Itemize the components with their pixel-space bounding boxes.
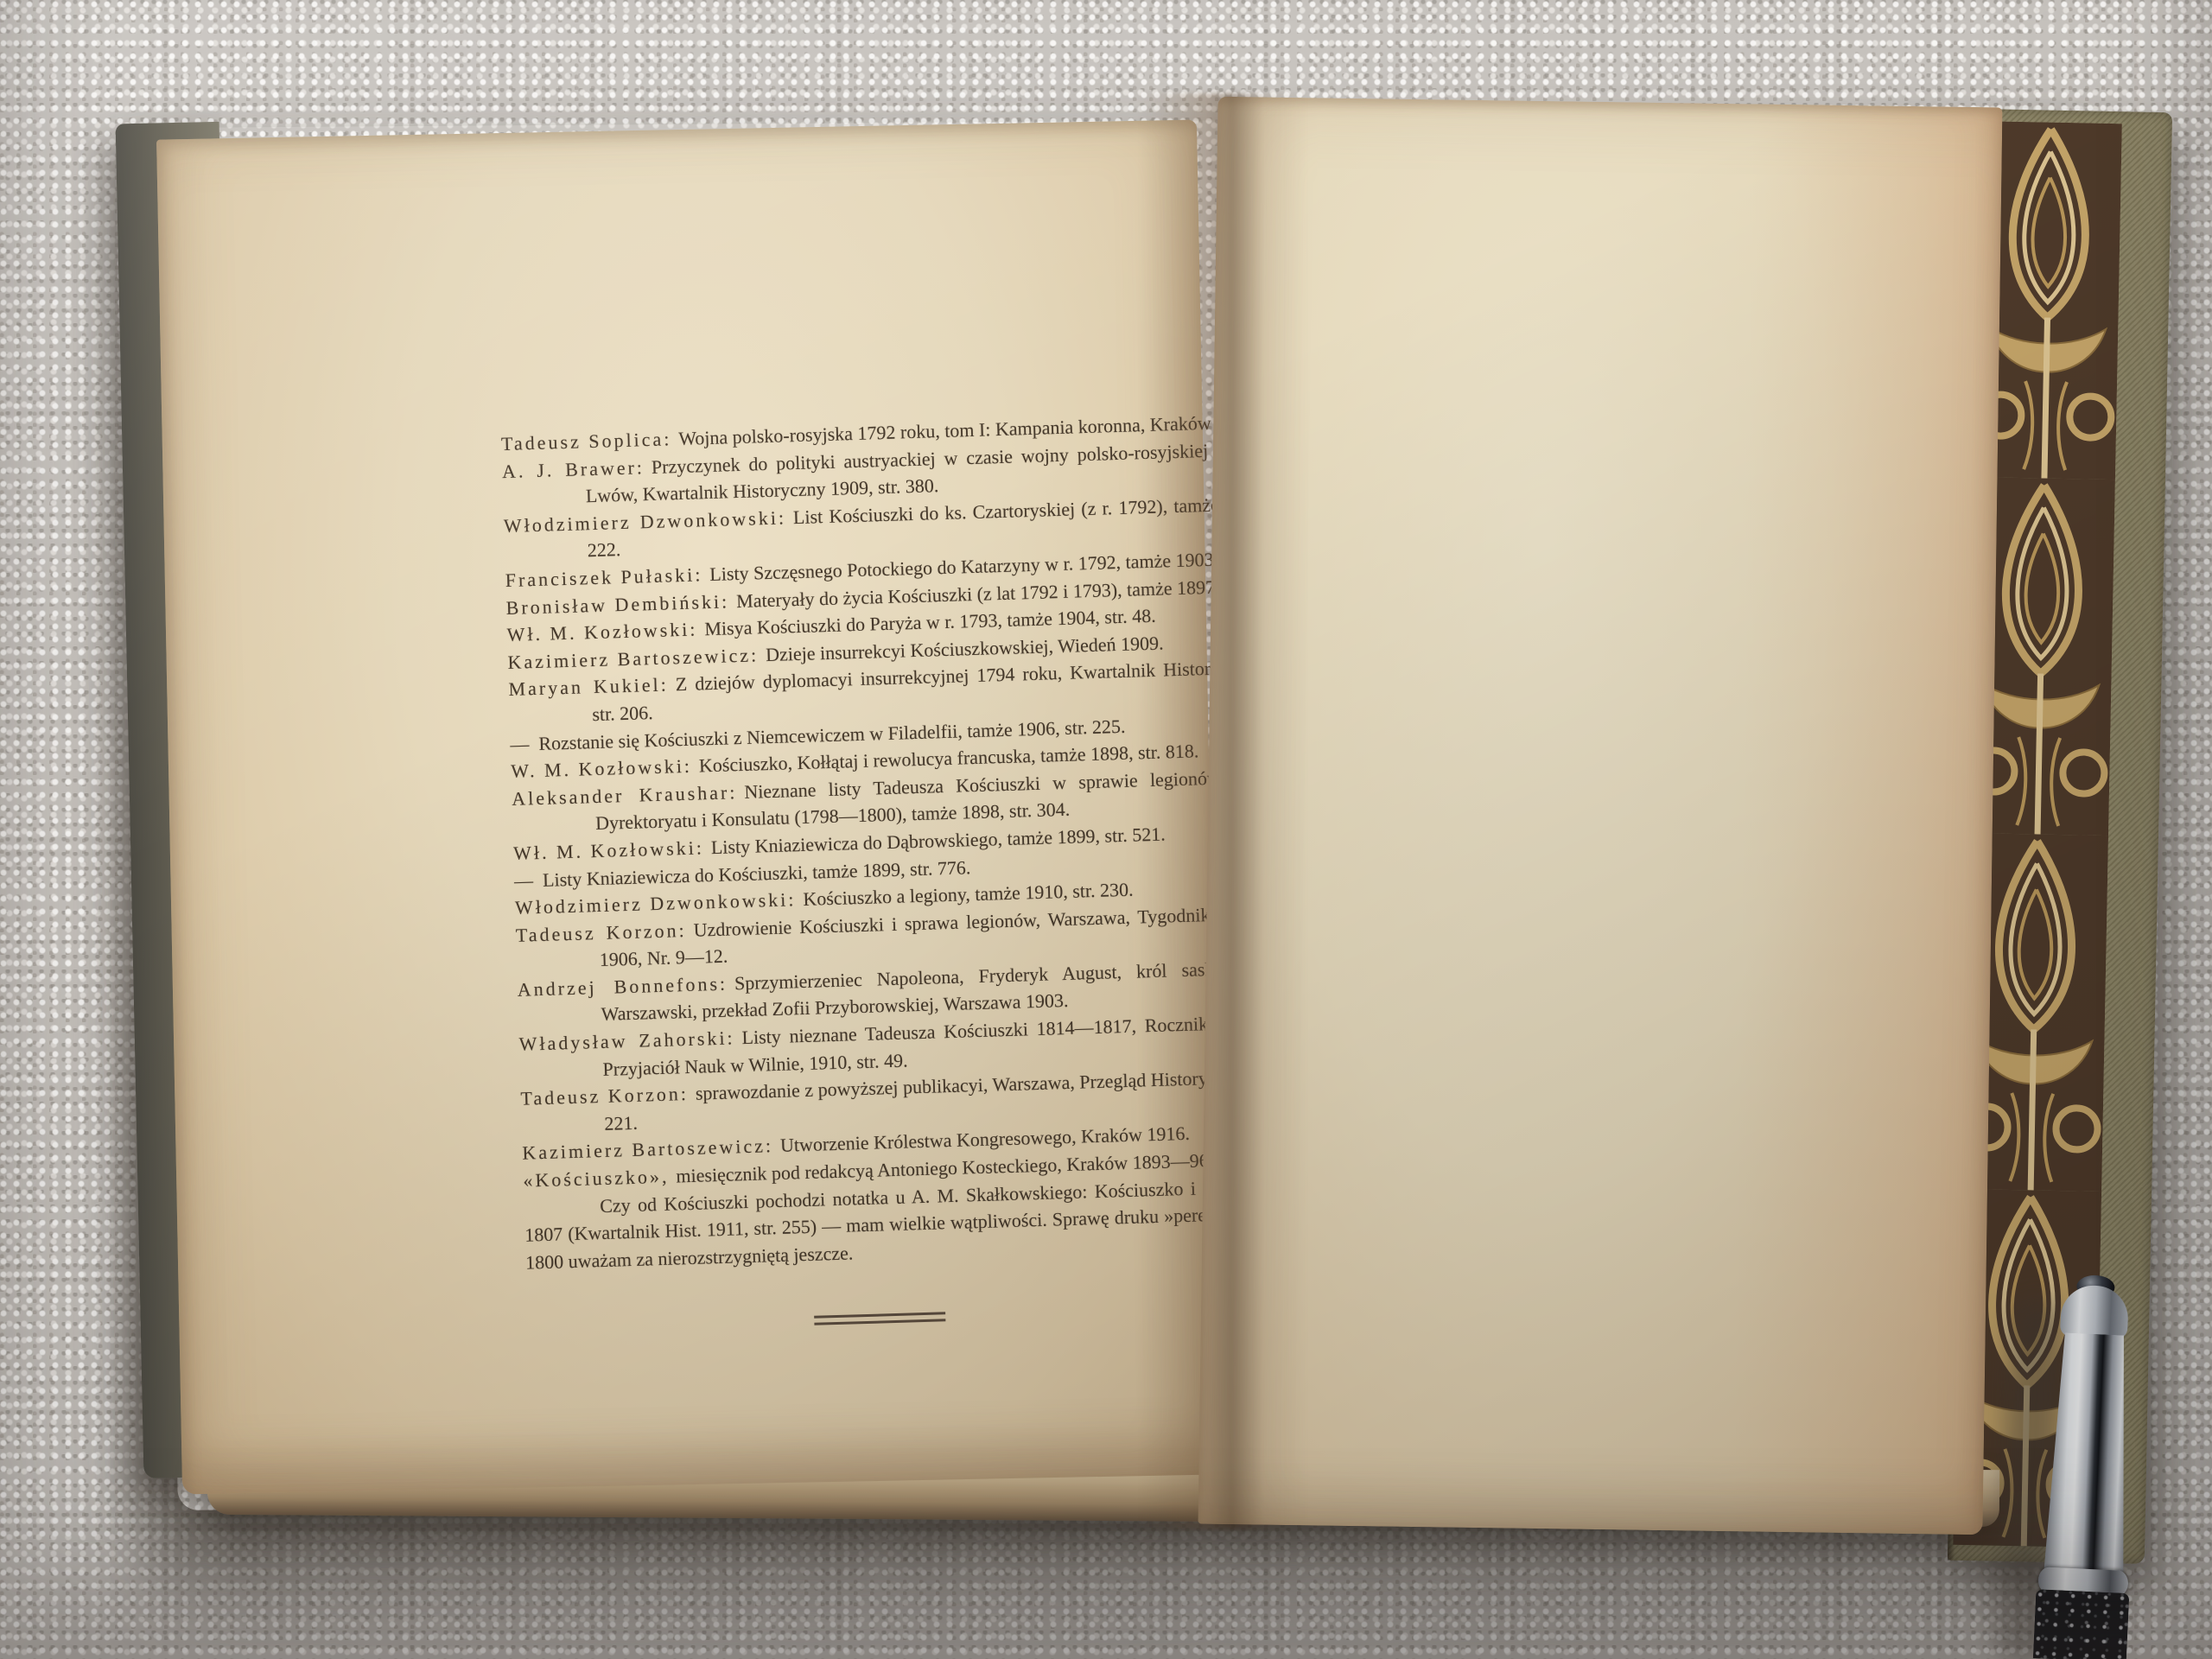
author-name: — xyxy=(510,733,532,755)
pen-lower-barrel xyxy=(2033,1589,2130,1659)
author-name: Aleksander Kraushar: xyxy=(512,781,738,810)
author-name: Kazimierz Bartoszewicz: xyxy=(507,644,759,673)
author-name: Włodzimierz Dzwonkowski: xyxy=(503,506,786,537)
author-name: Tadeusz Korzon: xyxy=(516,919,687,946)
author-name: Kazimierz Bartoszewicz: xyxy=(522,1135,773,1165)
left-page: Tadeusz Soplica:Wojna polsko-rosyjska 17… xyxy=(156,120,1223,1495)
author-name: A. J. Brawer: xyxy=(502,456,645,482)
pen-cap-dome xyxy=(2060,1284,2130,1338)
photo-scene: Tadeusz Soplica:Wojna polsko-rosyjska 17… xyxy=(0,0,2212,1659)
section-divider xyxy=(814,1313,945,1326)
author-name: Franciszek Pułaski: xyxy=(505,563,702,591)
author-name: Andrzej Bonnefons: xyxy=(517,972,728,1000)
author-name: Wł. M. Kozłowski: xyxy=(506,619,698,646)
book-gutter-shadow xyxy=(1139,93,1308,1529)
pen-upper-barrel xyxy=(2044,1332,2133,1574)
author-name: Wł. M. Kozłowski: xyxy=(513,836,705,864)
author-name: Maryan Kukiel: xyxy=(508,674,669,700)
author-name: Tadeusz Soplica: xyxy=(501,428,672,454)
author-name: — xyxy=(514,869,537,892)
ballpoint-pen xyxy=(2015,1273,2162,1659)
author-name: W. M. Kozłowski: xyxy=(511,755,692,782)
author-name: Tadeusz Korzon: xyxy=(520,1083,689,1109)
author-name: Bronisław Dembiński: xyxy=(505,590,729,619)
author-name: «Kościuszko», xyxy=(523,1166,670,1192)
right-page: TREŚĆ. Strona Rozdział I.Podkład history… xyxy=(1198,97,2003,1535)
author-name: Władysław Zahorski: xyxy=(518,1027,735,1054)
